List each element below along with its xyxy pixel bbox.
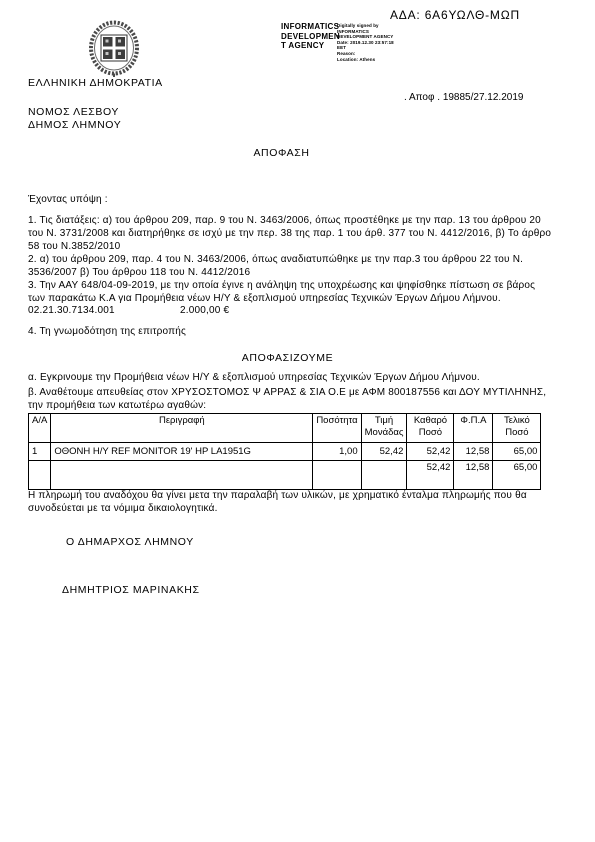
table-header-row: Α/Α Περιγραφή Ποσότητα Τιμή Μονάδας Καθα… — [29, 414, 541, 443]
table-row: 1 ΟΘΟΝΗ Η/Υ REF MONITOR 19' HP LA1951G 1… — [29, 443, 541, 461]
totals-empty-index — [29, 461, 51, 490]
budget-amount: 2.000,00 € — [180, 304, 229, 317]
totals-vat: 12,58 — [454, 461, 493, 490]
decision-point-a: α. Εγκρινουμε την Προμήθεια νέων Η/Υ & ε… — [28, 371, 588, 384]
signatory-name: ΔΗΜΗΤΡΙΟΣ ΜΑΡΙΝΑΚΗΣ — [62, 584, 200, 596]
items-table: Α/Α Περιγραφή Ποσότητα Τιμή Μονάδας Καθα… — [28, 413, 541, 490]
preamble-item-2-line-2: 3536/2007 β) Του άρθρου 118 του Ν. 4412/… — [28, 266, 580, 279]
header-cell-net-amount: Καθαρό Ποσό — [407, 414, 454, 443]
totals-net-amount: 52,42 — [407, 461, 454, 490]
preamble-item-1: 1. Τις διατάξεις: α) του άρθρου 209, παρ… — [28, 214, 580, 253]
decision-point-b-line-1: β. Αναθέτουμε απευθείας στον ΧΡΥΣΟΣΤΟΜΟΣ… — [28, 386, 588, 399]
cell-final-amount: 65,00 — [493, 443, 541, 461]
preamble-item-3: 3. Την ΑΑΥ 648/04-09-2019, με την οποία … — [28, 279, 580, 305]
decision-heading: ΑΠΟΦΑΣΙΖΟΥΜΕ — [0, 352, 575, 364]
header-cell-vat: Φ.Π.Α — [454, 414, 493, 443]
header-cell-index: Α/Α — [29, 414, 51, 443]
payment-terms-paragraph: Η πληρωμή του αναδόχου θα γίνει μετα την… — [28, 489, 588, 515]
header-cell-unit-price: Τιμή Μονάδας — [361, 414, 407, 443]
preamble-item-2-line-1: 2. α) του άρθρου 209, παρ. 4 του Ν. 3463… — [28, 253, 580, 266]
preamble-item-1-line-2: του Ν. 3731/2008 και διατηρήθηκε σε ισχύ… — [28, 227, 580, 240]
preamble-item-4: 4. Τη γνωμοδότηση της επιτροπής — [28, 325, 186, 338]
totals-empty-unit-price — [361, 461, 407, 490]
preamble-item-1-line-1: 1. Τις διατάξεις: α) του άρθρου 209, παρ… — [28, 214, 580, 227]
cell-net-amount: 52,42 — [407, 443, 454, 461]
cell-description: ΟΘΟΝΗ Η/Υ REF MONITOR 19' HP LA1951G — [51, 443, 313, 461]
issuer-republic: ΕΛΛΗΝΙΚΗ ΔΗΜΟΚΡΑΤΙΑ — [28, 77, 163, 89]
decision-point-b-line-2: την προμήθεια των κατωτέρω αγαθών: — [28, 399, 588, 412]
payment-terms-line-2: συνοδεύεται με τα νόμιμα δικαιολογητικά. — [28, 502, 588, 515]
having-regard-label: Έχοντας υπόψη : — [28, 193, 108, 206]
header-cell-description: Περιγραφή — [51, 414, 313, 443]
budget-code: 02.21.30.7134.001 — [28, 304, 115, 317]
cell-quantity: 1,00 — [313, 443, 361, 461]
preamble-item-2: 2. α) του άρθρου 209, παρ. 4 του Ν. 3463… — [28, 253, 580, 279]
issuer-prefecture: ΝΟΜΟΣ ΛΕΣΒΟΥ — [28, 106, 119, 118]
document-title: ΑΠΟΦΑΣΗ — [0, 147, 563, 159]
decision-reference: . Αποφ . 19885/27.12.2019 — [404, 92, 523, 103]
cell-index: 1 — [29, 443, 51, 461]
totals-empty-quantity — [313, 461, 361, 490]
decision-point-b: β. Αναθέτουμε απευθείας στον ΧΡΥΣΟΣΤΟΜΟΣ… — [28, 386, 588, 412]
payment-terms-line-1: Η πληρωμή του αναδόχου θα γίνει μετα την… — [28, 489, 588, 502]
cell-unit-price: 52,42 — [361, 443, 407, 461]
document-page: ΑΔΑ: 6Α6ΥΩΛΘ-ΜΩΠ INFORMATICS DEVELOPMEN … — [0, 0, 595, 842]
header-cell-final-amount: Τελικό Ποσό — [493, 414, 541, 443]
totals-final-amount: 65,00 — [493, 461, 541, 490]
signature-stamp-agency: INFORMATICS DEVELOPMEN T AGENCY — [281, 22, 340, 51]
cell-vat: 12,58 — [454, 443, 493, 461]
table-totals-row: 52,42 12,58 65,00 — [29, 461, 541, 490]
preamble-item-1-line-3: 58 του Ν.3852/2010 — [28, 240, 580, 253]
preamble-item-3-line-1: 3. Την ΑΑΥ 648/04-09-2019, με την οποία … — [28, 279, 580, 292]
signature-stamp-details: Digitally signed by INFORMATICS DEVELOPM… — [337, 23, 407, 62]
totals-empty-description — [51, 461, 313, 490]
issuer-municipality: ΔΗΜΟΣ ΛΗΜΝΟΥ — [28, 119, 121, 131]
ada-code: ΑΔΑ: 6Α6ΥΩΛΘ-ΜΩΠ — [390, 8, 520, 22]
greek-emblem-icon — [88, 20, 140, 78]
signatory-role: Ο ΔΗΜΑΡΧΟΣ ΛΗΜΝΟΥ — [66, 536, 194, 548]
header-cell-quantity: Ποσότητα — [313, 414, 361, 443]
